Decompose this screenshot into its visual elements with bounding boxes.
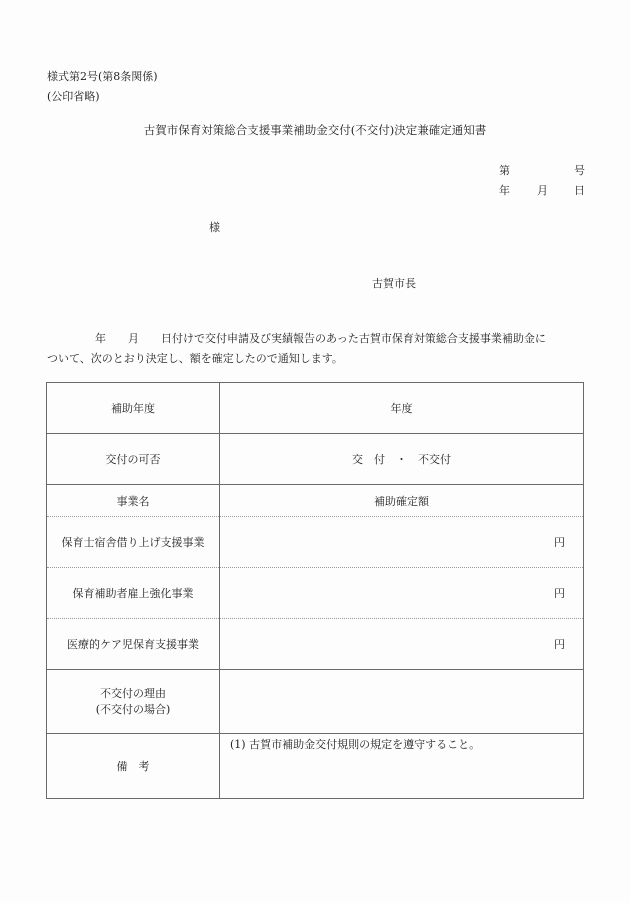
decision-table: 補助年度 年度 交付の可否 交 付 ・ 不交付 事業名 補助確定額 保育士宿舎借…: [46, 382, 584, 799]
table-row-non-grant-reason: 不交付の理由 (不交付の場合): [47, 670, 584, 734]
date-day: 日: [574, 182, 585, 198]
number-suffix: 号: [574, 162, 585, 178]
notice-body: 年月日付けで交付申請及び実績報告のあった古賀市保育対策総合支援事業補助金に つい…: [47, 329, 587, 369]
number-prefix: 第: [499, 162, 510, 178]
table-row-subsidy-year: 補助年度 年度: [47, 383, 584, 434]
project-amount: 円: [220, 568, 584, 619]
body-year: 年: [95, 332, 106, 345]
non-grant-reason-label: 不交付の理由 (不交付の場合): [47, 670, 220, 734]
non-grant-reason-value: [220, 670, 584, 734]
body-line1-text: 日付けで交付申請及び実績報告のあった古賀市保育対策総合支援事業補助金に: [161, 332, 546, 345]
table-row: 保育補助者雇上強化事業 円: [47, 568, 584, 619]
non-grant-reason-label-line1: 不交付の理由: [47, 686, 219, 702]
table-row: 医療的ケア児保育支援事業 円: [47, 619, 584, 670]
date-year: 年: [499, 182, 510, 198]
remarks-label: 備 考: [47, 734, 220, 799]
table-row-remarks: 備 考 (1) 古賀市補助金交付規則の規定を遵守すること。: [47, 734, 584, 799]
project-amount: 円: [220, 517, 584, 568]
body-month: 月: [128, 332, 139, 345]
subsidy-year-value: 年度: [220, 383, 584, 434]
table-row-grant-decision: 交付の可否 交 付 ・ 不交付: [47, 434, 584, 485]
project-name-header: 事業名: [47, 485, 220, 517]
project-name: 保育補助者雇上強化事業: [47, 568, 220, 619]
form-number: 様式第2号(第8条関係): [47, 69, 158, 84]
project-amount: 円: [220, 619, 584, 670]
confirmed-amount-header: 補助確定額: [220, 485, 584, 517]
addressee-honorific: 様: [209, 219, 220, 235]
date-month: 月: [537, 182, 548, 198]
table-row: 保育士宿舎借り上げ支援事業 円: [47, 517, 584, 568]
document-title: 古賀市保育対策総合支援事業補助金交付(不交付)決定兼確定通知書: [0, 122, 630, 138]
table-header-row: 事業名 補助確定額: [47, 485, 584, 517]
remarks-value: (1) 古賀市補助金交付規則の規定を遵守すること。: [220, 734, 584, 799]
subsidy-year-label: 補助年度: [47, 383, 220, 434]
project-name: 保育士宿舎借り上げ支援事業: [47, 517, 220, 568]
seal-omitted-note: (公印省略): [47, 89, 100, 104]
issuer-name: 古賀市長: [372, 275, 416, 291]
notice-line-2: ついて、次のとおり決定し、額を確定したので通知します。: [47, 349, 587, 369]
non-grant-reason-label-line2: (不交付の場合): [47, 702, 219, 718]
grant-decision-label: 交付の可否: [47, 434, 220, 485]
grant-decision-value: 交 付 ・ 不交付: [220, 434, 584, 485]
notice-line-1: 年月日付けで交付申請及び実績報告のあった古賀市保育対策総合支援事業補助金に: [47, 329, 587, 349]
project-name: 医療的ケア児保育支援事業: [47, 619, 220, 670]
